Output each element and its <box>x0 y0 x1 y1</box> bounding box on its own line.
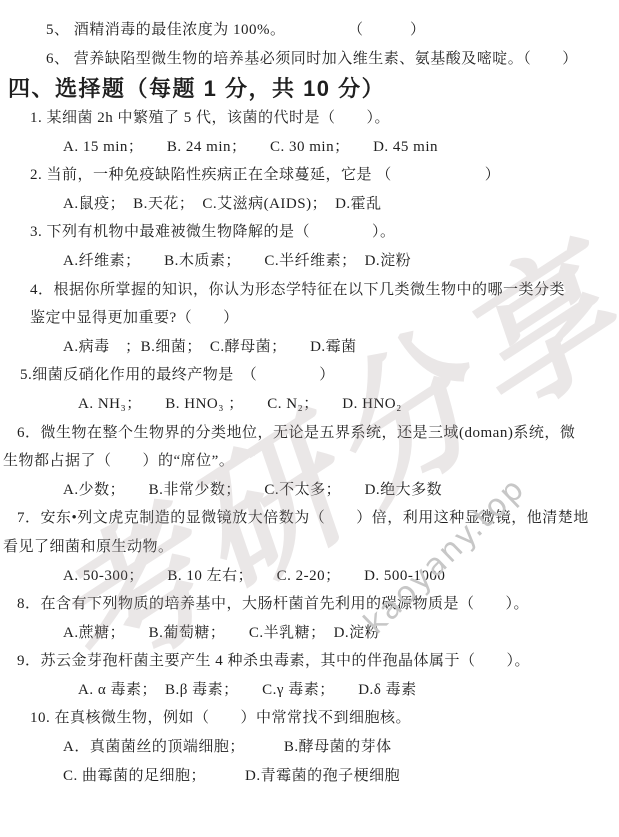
question-10: 10. 在真核微生物，例如（ ）中常常找不到细胞核。 <box>0 704 619 733</box>
tf-item-6: 6、 营养缺陷型微生物的培养基必须同时加入维生素、氨基酸及嘧啶。（ ） <box>0 45 619 74</box>
question-7-line-2: 看见了细菌和原生动物。 <box>0 533 619 562</box>
question-4-line-2: 鉴定中显得更加重要?（ ） <box>0 304 619 333</box>
question-6-line-1: 6．微生物在整个生物界的分类地位，无论是五界系统，还是三域(doman)系统，微 <box>0 419 619 448</box>
options-7: A. 50-300； B. 10 左右； C. 2-20； D. 500-100… <box>0 562 619 591</box>
section-heading: 四、选择题（每题 1 分，共 10 分） <box>0 74 619 104</box>
question-6-line-2: 生物都占据了（ ）的“席位”。 <box>0 447 619 476</box>
question-8: 8．在含有下列物质的培养基中，大肠杆菌首先利用的碳源物质是（ ）。 <box>0 590 619 619</box>
exam-document-page: 5、 酒精消毒的最佳浓度为 100%。 （ ）6、 营养缺陷型微生物的培养基必须… <box>0 0 619 837</box>
question-7-line-1: 7．安东•列文虎克制造的显微镜放大倍数为（ ）倍，利用这种显微镜，他清楚地 <box>0 504 619 533</box>
options-10-ab: A．真菌菌丝的顶端细胞； B.酵母菌的芽体 <box>0 733 619 762</box>
options-3: A.纤维素； B.木质素； C.半纤维素； D.淀粉 <box>0 247 619 276</box>
tf-item-5: 5、 酒精消毒的最佳浓度为 100%。 （ ） <box>0 16 619 45</box>
question-9: 9．苏云金芽孢杆菌主要产生 4 种杀虫毒素，其中的伴孢晶体属于（ ）。 <box>0 647 619 676</box>
options-1: A. 15 min； B. 24 min； C. 30 min； D. 45 m… <box>0 133 619 162</box>
options-10-cd: C. 曲霉菌的足细胞； D.青霉菌的孢子梗细胞 <box>0 762 619 791</box>
options-6: A.少数； B.非常少数； C.不太多； D.绝大多数 <box>0 476 619 505</box>
options-9: A. α 毒素； B.β 毒素； C.γ 毒素； D.δ 毒素 <box>0 676 619 705</box>
options-5: A. NH₃； B. HNO₃ ； C. N₂； D. HNO₂ <box>0 390 619 419</box>
options-2: A.鼠疫； B.天花； C.艾滋病(AIDS)； D.霍乱 <box>0 190 619 219</box>
question-5: 5.细菌反硝化作用的最终产物是 （ ） <box>0 361 619 390</box>
question-1: 1. 某细菌 2h 中繁殖了 5 代，该菌的代时是（ ）。 <box>0 104 619 133</box>
options-4: A.病毒 ；B.细菌； C.酵母菌； D.霉菌 <box>0 333 619 362</box>
exam-text-block: 5、 酒精消毒的最佳浓度为 100%。 （ ）6、 营养缺陷型微生物的培养基必须… <box>0 16 619 790</box>
question-3: 3. 下列有机物中最难被微生物降解的是（ ）。 <box>0 218 619 247</box>
question-2: 2. 当前，一种免疫缺陷性疾病正在全球蔓延，它是 （ ） <box>0 161 619 190</box>
question-4-line-1: 4．根据你所掌握的知识，你认为形态学特征在以下几类微生物中的哪一类分类 <box>0 276 619 305</box>
options-8: A.蔗糖； B.葡萄糖； C.半乳糖； D.淀粉 <box>0 619 619 648</box>
